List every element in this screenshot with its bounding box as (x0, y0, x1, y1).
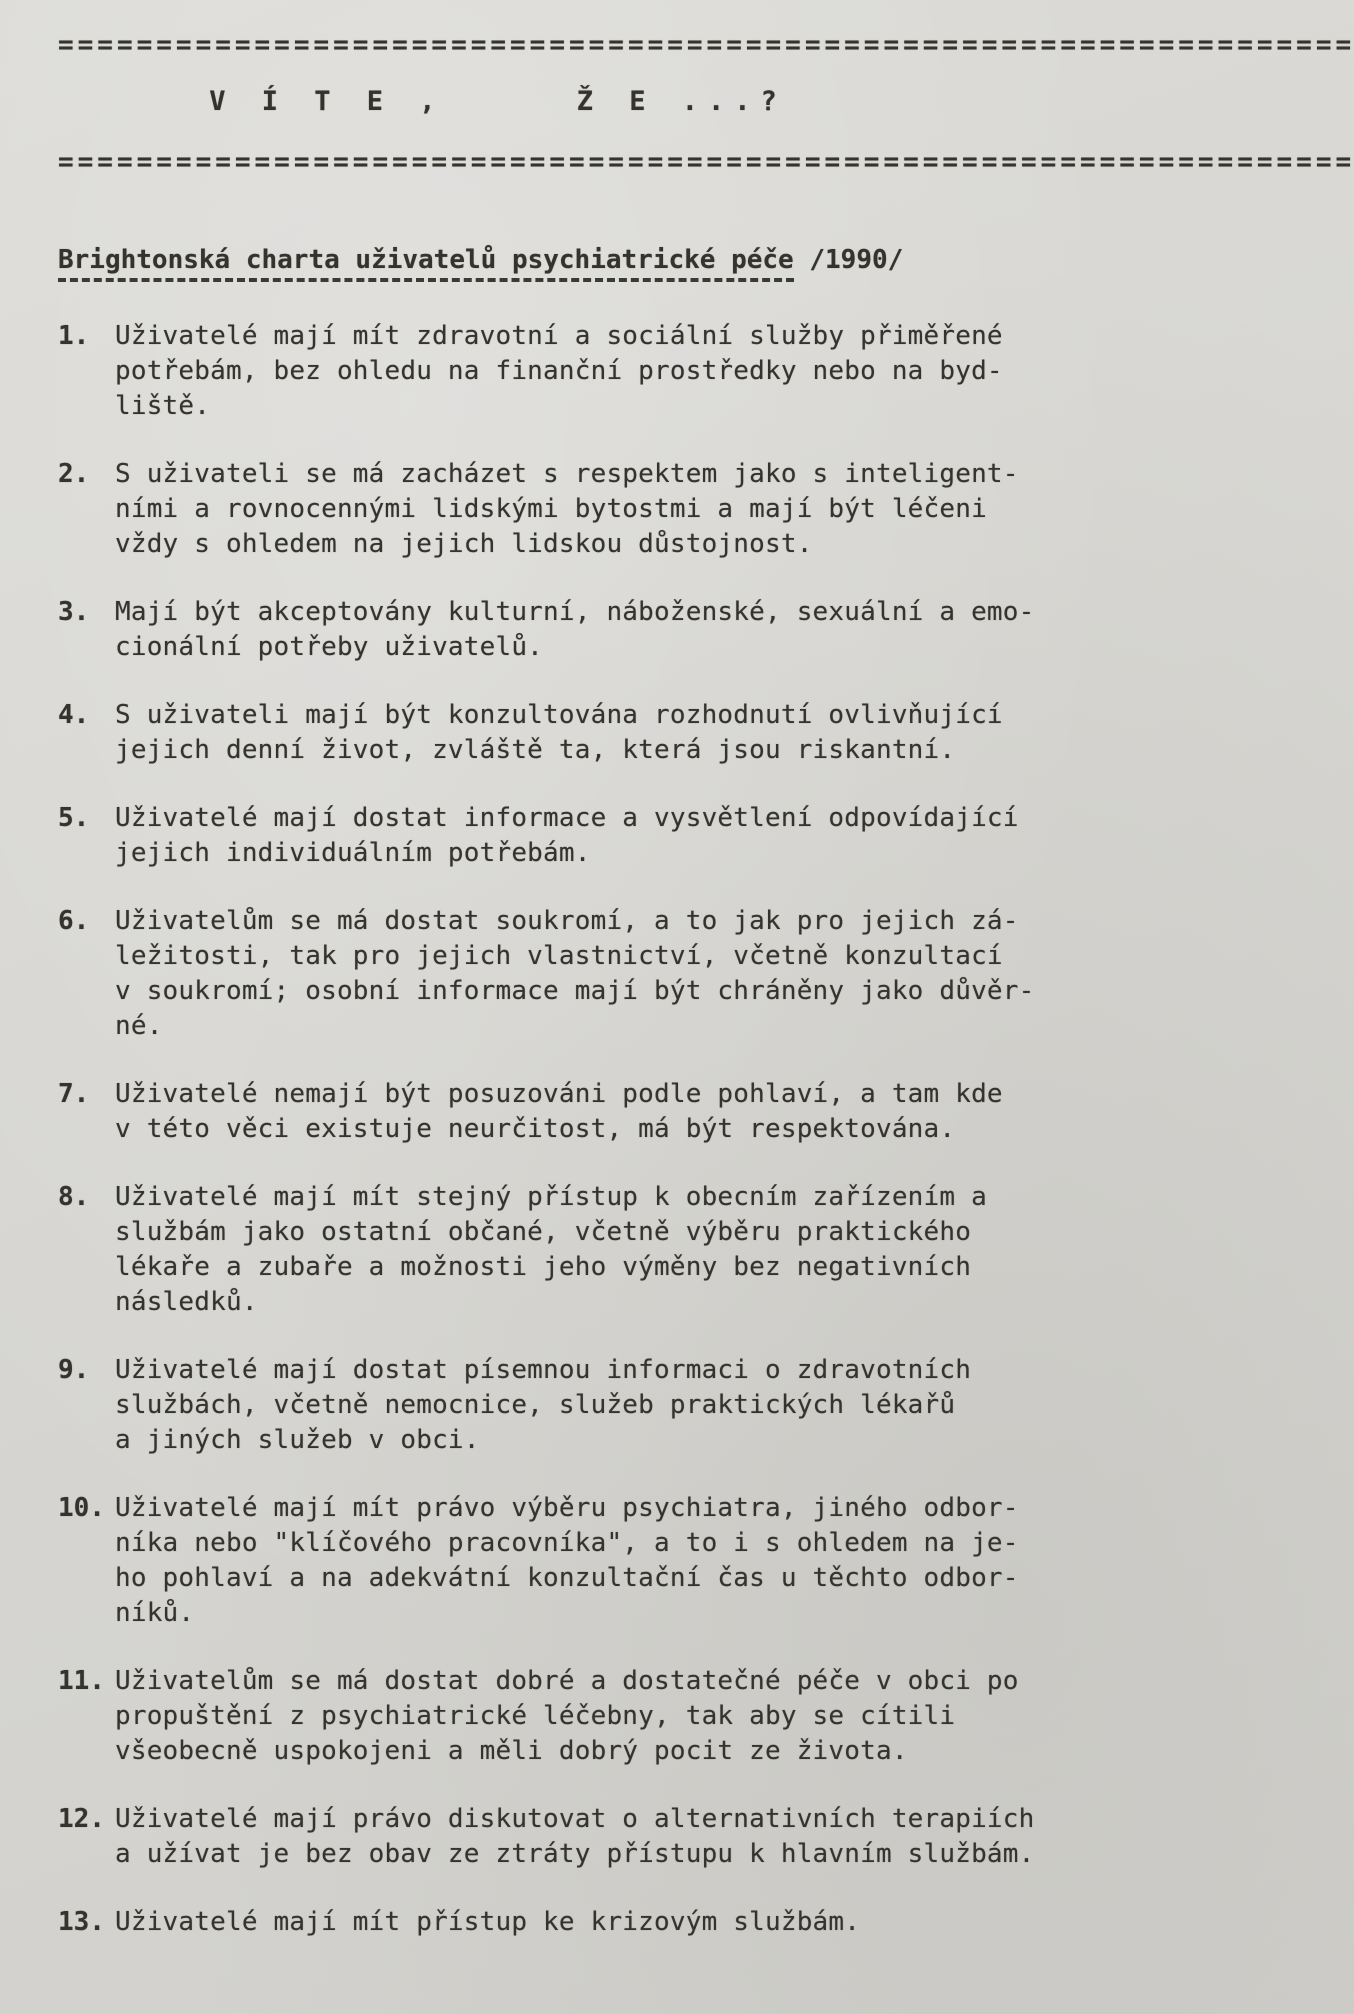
top-divider: ========================================… (58, 30, 1354, 60)
item-number: 13. (58, 1905, 115, 1940)
item-number: 7. (58, 1077, 115, 1147)
list-item: 13. Uživatelé mají mít přístup ke krizov… (58, 1905, 1354, 1940)
item-text: S uživateli mají být konzultována rozhod… (115, 698, 1003, 768)
list-item: 9. Uživatelé mají dostat písemnou inform… (58, 1353, 1354, 1458)
item-number: 9. (58, 1353, 115, 1458)
item-number: 10. (58, 1491, 115, 1631)
scanned-typewritten-page: ========================================… (0, 0, 1354, 2014)
item-text: Uživatelé mají mít přístup ke krizovým s… (115, 1905, 860, 1940)
item-text: Uživatelům se má dostat soukromí, a to j… (115, 904, 1035, 1044)
item-number: 1. (58, 319, 115, 424)
item-text: Uživatelé nemají být posuzováni podle po… (115, 1077, 1003, 1147)
item-text: Uživatelé mají dostat písemnou informaci… (115, 1353, 971, 1458)
item-text: Uživatelé mají dostat informace a vysvět… (115, 801, 1019, 871)
list-item: 7. Uživatelé nemají být posuzováni podle… (58, 1077, 1354, 1147)
item-number: 11. (58, 1664, 115, 1769)
list-item: 4. S uživateli mají být konzultována roz… (58, 698, 1354, 768)
item-text: Uživatelé mají mít právo výběru psychiat… (115, 1491, 1019, 1631)
list-item: 2. S uživateli se má zacházet s respekte… (58, 457, 1354, 562)
item-number: 3. (58, 595, 115, 665)
page-title: V Í T E , Ž E ...? (209, 86, 787, 117)
item-number: 2. (58, 457, 115, 562)
second-divider: ========================================… (58, 147, 1354, 177)
charter-list: 1. Uživatelé mají mít zdravotní a sociál… (58, 319, 1354, 1940)
charter-heading: Brightonská charta uživatelů psychiatric… (58, 245, 1354, 275)
list-item: 8. Uživatelé mají mít stejný přístup k o… (58, 1180, 1354, 1320)
list-item: 12. Uživatelé mají právo diskutovat o al… (58, 1802, 1354, 1872)
list-item: 3. Mají být akceptovány kulturní, nábože… (58, 595, 1354, 665)
item-text: Uživatelé mají právo diskutovat o altern… (115, 1802, 1035, 1872)
list-item: 11. Uživatelům se má dostat dobré a dost… (58, 1664, 1354, 1769)
list-item: 5. Uživatelé mají dostat informace a vys… (58, 801, 1354, 871)
charter-heading-year: /1990/ (794, 245, 904, 275)
title-row: V Í T E , Ž E ...? (58, 86, 938, 117)
item-number: 4. (58, 698, 115, 768)
item-text: S uživateli se má zacházet s respektem j… (115, 457, 1019, 562)
item-number: 6. (58, 904, 115, 1044)
item-number: 8. (58, 1180, 115, 1320)
item-text: Uživatelé mají mít stejný přístup k obec… (115, 1180, 987, 1320)
charter-heading-underlined: Brightonská charta uživatelů psychiatric… (58, 245, 794, 282)
list-item: 1. Uživatelé mají mít zdravotní a sociál… (58, 319, 1354, 424)
item-text: Uživatelé mají mít zdravotní a sociální … (115, 319, 1003, 424)
list-item: 10. Uživatelé mají mít právo výběru psyc… (58, 1491, 1354, 1631)
list-item: 6. Uživatelům se má dostat soukromí, a t… (58, 904, 1354, 1044)
item-number: 5. (58, 801, 115, 871)
item-text: Mají být akceptovány kulturní, nábožensk… (115, 595, 1035, 665)
item-text: Uživatelům se má dostat dobré a dostateč… (115, 1664, 1019, 1769)
item-number: 12. (58, 1802, 115, 1872)
